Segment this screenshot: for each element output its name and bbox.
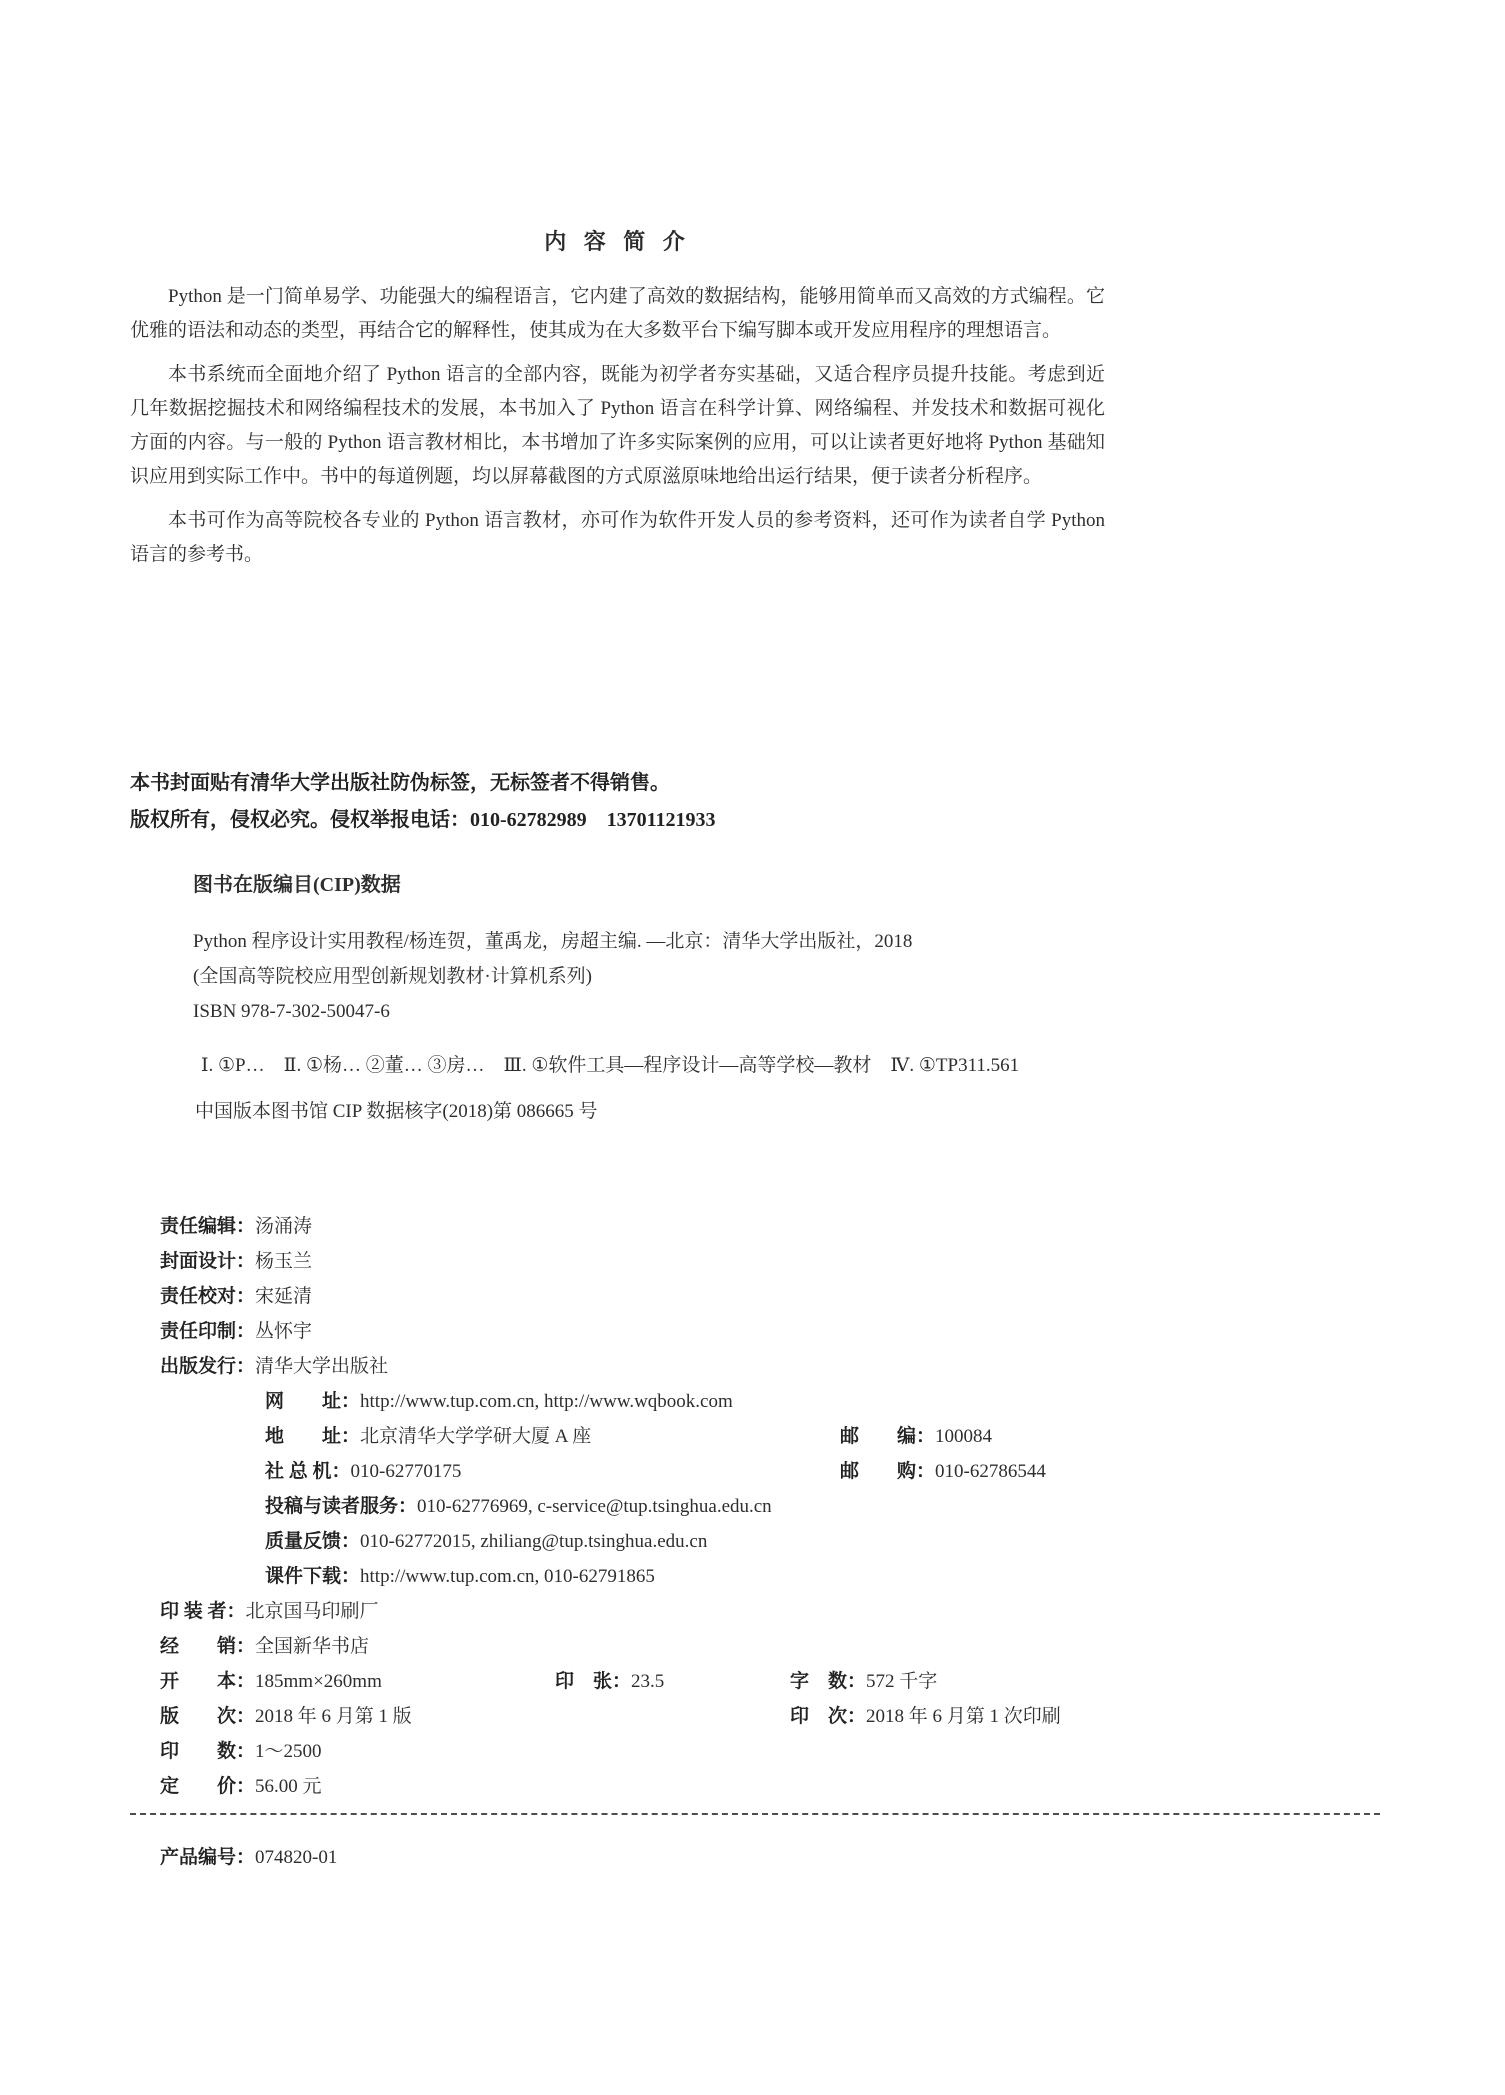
printer-value: 北京国马印刷厂 [246,1601,379,1622]
staff-row-editor: 责任编辑：汤涌涛 [160,1212,1380,1247]
product-number-label: 产品编号： [160,1847,255,1868]
cip-heading: 图书在版编目(CIP)数据 [193,868,1243,897]
word-count-value: 572 千字 [866,1671,937,1692]
switchboard-row: 社 总 机：010-62770175 邮 购：010-62786544 [160,1457,1380,1492]
cip-record-line-2: (全国高等院校应用型创新规划教材·计算机系列) [193,966,1243,987]
switchboard-value: 010-62770175 [351,1461,462,1482]
price-row: 定 价：56.00 元 [160,1772,1380,1807]
cip-data-block: 图书在版编目(CIP)数据 Python 程序设计实用教程/杨连贺，董禹龙，房超… [193,868,1243,1022]
editor-value: 汤涌涛 [255,1216,312,1237]
anti-piracy-line-1: 本书封面贴有清华大学出版社防伪标签，无标签者不得销售。 [130,765,1130,802]
format-value: 185mm×260mm [255,1671,382,1692]
footer-divider [130,1813,1380,1815]
impression-label: 印 次： [790,1706,866,1727]
cip-classification: Ⅰ. ①P… Ⅱ. ①杨… ②董… ③房… Ⅲ. ①软件工具—程序设计—高等学校… [201,1050,1241,1077]
impression-value: 2018 年 6 月第 1 次印刷 [866,1706,1061,1727]
word-count-cell: 字 数：572 千字 [790,1667,937,1697]
page-title: 内 容 简 介 [130,225,1105,256]
mail-order-label: 邮 购： [840,1461,935,1482]
sheets-label: 印 张： [555,1671,631,1692]
copyright-page: 内 容 简 介 Python 是一门简单易学、功能强大的编程语言，它内建了高效的… [0,0,1505,2095]
printer-row: 印 装 者：北京国马印刷厂 [160,1597,1380,1632]
courseware-row: 课件下载：http://www.tup.com.cn, 010-62791865 [160,1562,1380,1597]
intro-paragraph-2: 本书系统而全面地介绍了 Python 语言的全部内容，既能为初学者夯实基础，又适… [130,358,1105,494]
edition-label: 版 次： [160,1706,255,1727]
staff-row-print-supervisor: 责任印制：丛怀宇 [160,1317,1380,1352]
colophon-block: 责任编辑：汤涌涛 封面设计：杨玉兰 责任校对：宋延清 责任印制：丛怀宇 出版发行… [160,1212,1380,1807]
printer-label: 印 装 者： [160,1601,246,1622]
proofreader-label: 责任校对： [160,1286,255,1307]
reader-service-row: 投稿与读者服务：010-62776969, c-service@tup.tsin… [160,1492,1380,1527]
website-row: 网 址：http://www.tup.com.cn, http://www.wq… [160,1387,1380,1422]
format-row: 开 本：185mm×260mm 印 张：23.5 字 数：572 千字 [160,1667,1380,1702]
product-number-value: 074820-01 [255,1847,337,1868]
publisher-name: 清华大学出版社 [255,1356,388,1377]
anti-piracy-notice: 本书封面贴有清华大学出版社防伪标签，无标签者不得销售。 版权所有，侵权必究。侵权… [130,765,1130,839]
isbn: ISBN 978-7-302-50047-6 [193,1001,1243,1022]
website-value: http://www.tup.com.cn, http://www.wqbook… [360,1391,733,1412]
address-value: 北京清华大学学研大厦 A 座 [360,1426,591,1447]
zip-value: 100084 [935,1426,992,1447]
cover-design-value: 杨玉兰 [255,1251,312,1272]
sheets-value: 23.5 [631,1671,664,1692]
price-value: 56.00 元 [255,1776,322,1797]
quality-feedback-value: 010-62772015, zhiliang@tup.tsinghua.edu.… [360,1531,707,1552]
format-label: 开 本： [160,1671,255,1692]
courseware-value: http://www.tup.com.cn, 010-62791865 [360,1566,655,1587]
publisher-label: 出版发行： [160,1356,255,1377]
print-supervisor-value: 丛怀宇 [255,1321,312,1342]
editor-label: 责任编辑： [160,1216,255,1237]
mail-order-value: 010-62786544 [935,1461,1046,1482]
edition-row: 版 次：2018 年 6 月第 1 版 印 次：2018 年 6 月第 1 次印… [160,1702,1380,1737]
address-row: 地 址：北京清华大学学研大厦 A 座 邮 编：100084 [160,1422,1380,1457]
proofreader-value: 宋延清 [255,1286,312,1307]
price-label: 定 价： [160,1776,255,1797]
quality-feedback-row: 质量反馈：010-62772015, zhiliang@tup.tsinghua… [160,1527,1380,1562]
cip-record-number: 中国版本图书馆 CIP 数据核字(2018)第 086665 号 [195,1096,598,1123]
courseware-label: 课件下载： [265,1566,360,1587]
product-number-row: 产品编号：074820-01 [160,1842,337,1869]
content-introduction: Python 是一门简单易学、功能强大的编程语言，它内建了高效的数据结构，能够用… [130,280,1105,582]
intro-paragraph-3: 本书可作为高等院校各专业的 Python 语言教材，亦可作为软件开发人员的参考资… [130,504,1105,572]
staff-row-proofreader: 责任校对：宋延清 [160,1282,1380,1317]
quality-feedback-label: 质量反馈： [265,1531,360,1552]
distributor-value: 全国新华书店 [255,1636,369,1657]
print-run-value: 1～2500 [255,1741,322,1762]
zip-cell: 邮 编：100084 [840,1422,992,1452]
distributor-row: 经 销：全国新华书店 [160,1632,1380,1667]
impression-cell: 印 次：2018 年 6 月第 1 次印刷 [790,1702,1061,1732]
reader-service-value: 010-62776969, c-service@tup.tsinghua.edu… [417,1496,772,1517]
print-supervisor-label: 责任印制： [160,1321,255,1342]
intro-paragraph-1: Python 是一门简单易学、功能强大的编程语言，它内建了高效的数据结构，能够用… [130,280,1105,348]
print-run-row: 印 数：1～2500 [160,1737,1380,1772]
publisher-row: 出版发行：清华大学出版社 [160,1352,1380,1387]
zip-label: 邮 编： [840,1426,935,1447]
website-label: 网 址： [265,1391,360,1412]
anti-piracy-line-2: 版权所有，侵权必究。侵权举报电话：010-62782989 1370112193… [130,802,1130,839]
sheets-cell: 印 张：23.5 [555,1667,664,1697]
edition-value: 2018 年 6 月第 1 版 [255,1706,412,1727]
distributor-label: 经 销： [160,1636,255,1657]
cover-design-label: 封面设计： [160,1251,255,1272]
address-label: 地 址： [265,1426,360,1447]
staff-row-cover-design: 封面设计：杨玉兰 [160,1247,1380,1282]
mail-order-cell: 邮 购：010-62786544 [840,1457,1046,1487]
switchboard-label: 社 总 机： [265,1461,351,1482]
reader-service-label: 投稿与读者服务： [265,1496,417,1517]
cip-record-line-1: Python 程序设计实用教程/杨连贺，董禹龙，房超主编. —北京：清华大学出版… [193,931,1243,952]
word-count-label: 字 数： [790,1671,866,1692]
print-run-label: 印 数： [160,1741,255,1762]
